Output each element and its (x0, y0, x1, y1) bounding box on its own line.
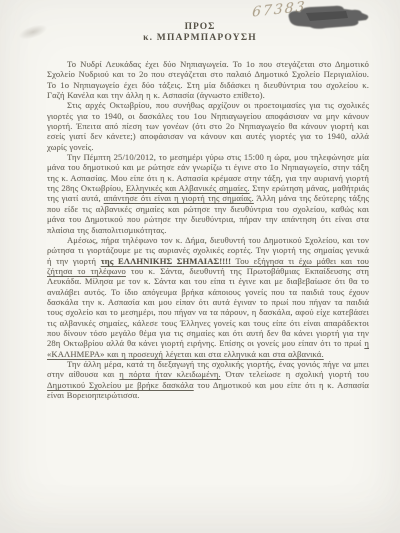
scanned-letter: 67383 ΠΡΟΣ κ. ΜΠΑΡΜΠΑΡΟΥΣΗ Το Νυδρί Λευκ… (0, 0, 400, 533)
paragraph: Την Πέμπτη 25/10/2012, το μεσημέρι γύρω … (47, 152, 369, 235)
underlined-text: Ελληνικές και Αλβανικές σημαίες. (126, 183, 250, 193)
text-segment: Όταν τελείωσε η σχολική γιορτή του (221, 369, 369, 379)
underlined-text: της ΕΛΛΗΝΙΚΗΣ ΣΗΜΑΙΑΣ!!!! (101, 256, 231, 266)
recipient-name: κ. ΜΠΑΡΜΠΑΡΟΥΣΗ (0, 33, 400, 44)
letter-body: Το Νυδρί Λευκάδας έχει δύο Νηπιαγωγεία. … (47, 59, 369, 400)
to-label: ΠΡΟΣ (0, 22, 400, 33)
paragraph: Αμέσως, πήρα τηλέφωνο τον κ. Δήμα, διευθ… (47, 235, 369, 359)
paragraph: Την άλλη μέρα, κατά τη διεξαγωγή της σχο… (47, 359, 369, 400)
underlined-text: η πόρτα ήταν κλειδωμένη. (119, 369, 220, 379)
paragraph: Στις αρχές Οκτωβρίου, που συνήθως αρχίζο… (47, 100, 369, 152)
paragraph: Το Νυδρί Λευκάδας έχει δύο Νηπιαγωγεία. … (47, 59, 369, 100)
text-segment: Στις αρχές Οκτωβρίου, που συνήθως αρχίζο… (47, 100, 369, 151)
underlined-text: απάντησε ότι είναι η γιορτή της σημαίας. (104, 193, 254, 203)
text-segment: του κ. Σάντα, διευθυντή της Πρωτοβάθμιας… (47, 266, 369, 348)
underlined-text: Δημοτικού Σχολείου με βρήκε δασκάλα (47, 380, 194, 390)
letter-header: ΠΡΟΣ κ. ΜΠΑΡΜΠΑΡΟΥΣΗ (0, 22, 400, 44)
text-segment: Το Νυδρί Λευκάδας έχει δύο Νηπιαγωγεία. … (47, 59, 369, 100)
